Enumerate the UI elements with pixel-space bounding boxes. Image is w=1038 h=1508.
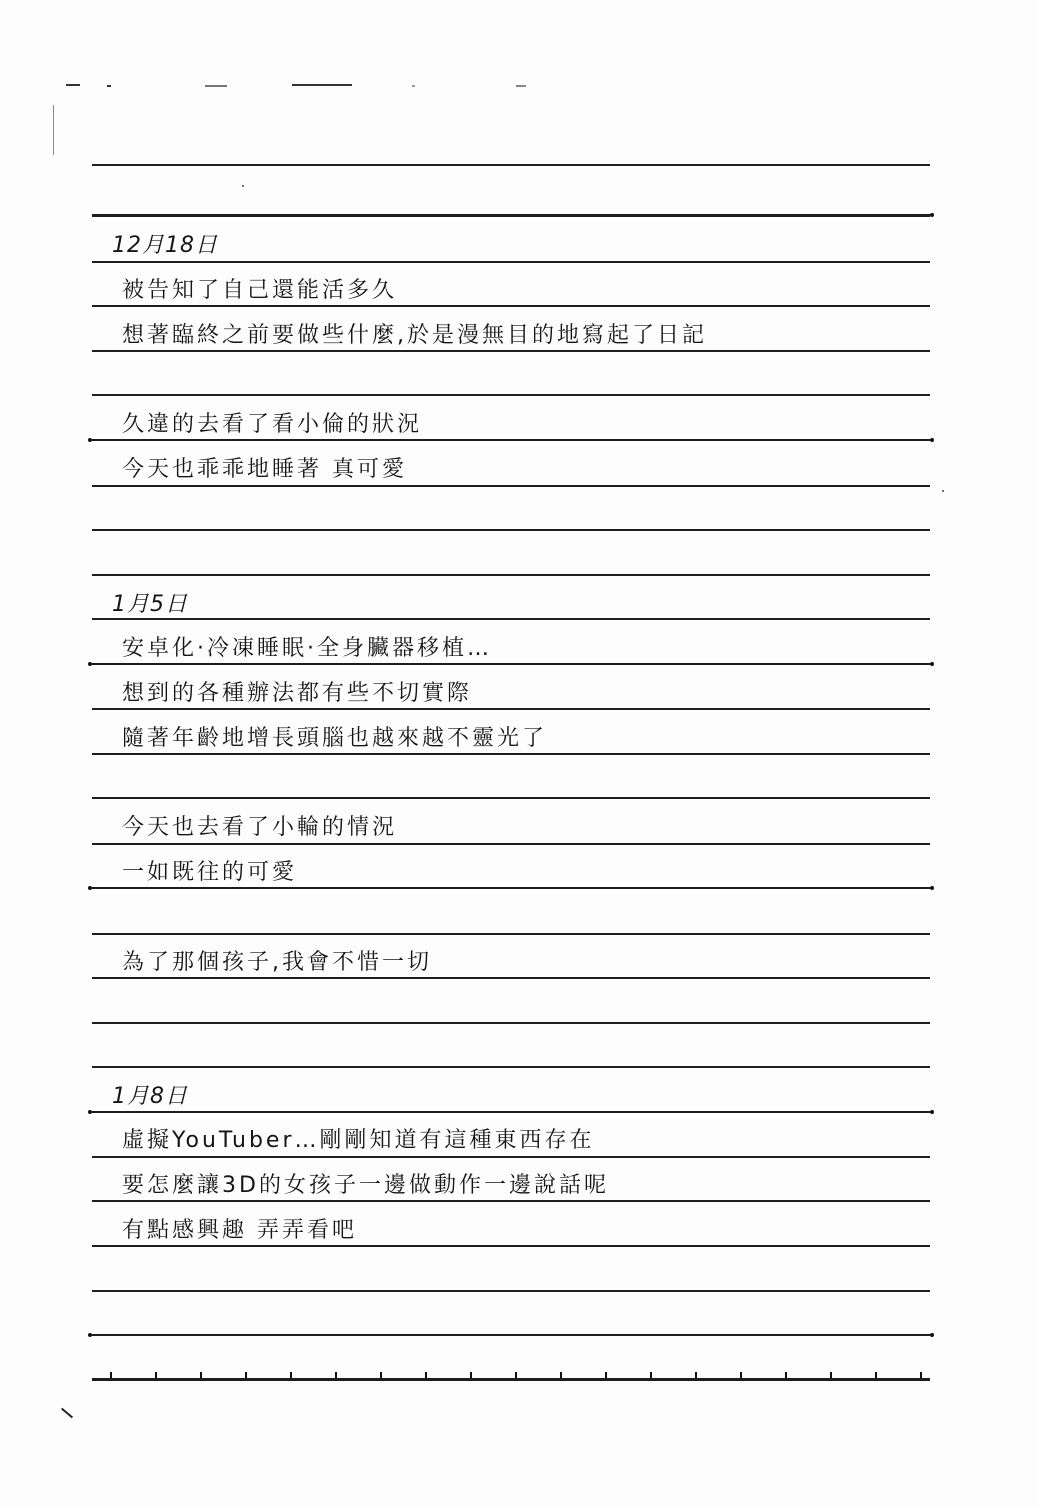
entry-text-line: 隨著年齡地增長頭腦也越來越不靈光了 — [122, 726, 547, 752]
ruled-line — [92, 261, 930, 263]
scan-speck — [942, 490, 944, 492]
scan-mark — [53, 105, 54, 155]
ruled-line — [92, 618, 930, 620]
ruled-line — [92, 933, 930, 935]
ruled-line — [92, 708, 930, 710]
entry-date: 1月8日 — [112, 1084, 188, 1110]
ruled-line — [92, 1156, 930, 1158]
scan-mark — [292, 84, 352, 86]
ruled-line — [92, 350, 930, 352]
scan-mark — [516, 85, 526, 87]
entry-text-line: 有點感興趣 弄弄看吧 — [122, 1218, 357, 1244]
ruled-line — [92, 753, 930, 755]
entry-date: 12月18日 — [112, 233, 218, 259]
ruled-line — [92, 1200, 930, 1202]
entry-date: 1月5日 — [112, 592, 188, 618]
ruled-line — [92, 977, 930, 979]
scan-mark — [205, 85, 227, 87]
diary-page: 12月18日 被告知了自己還能活多久 想著臨終之前要做些什麼,於是漫無目的地寫起… — [0, 0, 1038, 1508]
scan-mark — [107, 85, 111, 87]
ruled-line — [92, 574, 930, 576]
entry-text-line: 想到的各種辦法都有些不切實際 — [122, 681, 472, 707]
entry-text-line: 今天也去看了小輪的情況 — [122, 815, 397, 841]
ruled-line — [92, 1290, 930, 1292]
entry-text-line: 被告知了自己還能活多久 — [122, 278, 397, 304]
entry-text-line: 一如既往的可愛 — [122, 860, 297, 886]
ruled-line — [92, 305, 930, 307]
ruled-line — [92, 394, 930, 396]
ruled-line — [92, 214, 930, 217]
ruled-line — [92, 843, 930, 845]
scan-speck — [242, 185, 244, 187]
scan-mark — [412, 85, 415, 87]
entry-text-line: 今天也乖乖地睡著 真可愛 — [122, 457, 407, 483]
ruled-line-ticked — [92, 1378, 930, 1381]
ruled-line — [92, 439, 930, 441]
scan-mark — [66, 84, 80, 86]
ruled-line — [92, 663, 930, 665]
ruled-line — [92, 164, 930, 166]
ruled-line — [92, 1111, 930, 1113]
ruled-line — [92, 1334, 930, 1336]
entry-text-line: 為了那個孩子,我會不惜一切 — [122, 950, 432, 976]
entry-text-line: 久違的去看了看小倫的狀況 — [122, 412, 422, 438]
ruled-line — [92, 797, 930, 799]
ruled-line — [92, 1066, 930, 1068]
ruled-line — [92, 529, 930, 531]
entry-text-line: 要怎麼讓3D的女孩子一邊做動作一邊說話呢 — [122, 1173, 609, 1199]
entry-text-line: 虛擬YouTuber…剛剛知道有這種東西存在 — [122, 1128, 595, 1154]
entry-text-line: 想著臨終之前要做些什麼,於是漫無目的地寫起了日記 — [122, 323, 707, 349]
ruled-line — [92, 1022, 930, 1024]
scan-mark — [61, 1408, 73, 1419]
ruled-line — [92, 1245, 930, 1247]
ruled-line — [92, 485, 930, 487]
ruled-line — [92, 887, 930, 889]
entry-text-line: 安卓化·冷凍睡眠·全身臟器移植… — [122, 636, 492, 662]
